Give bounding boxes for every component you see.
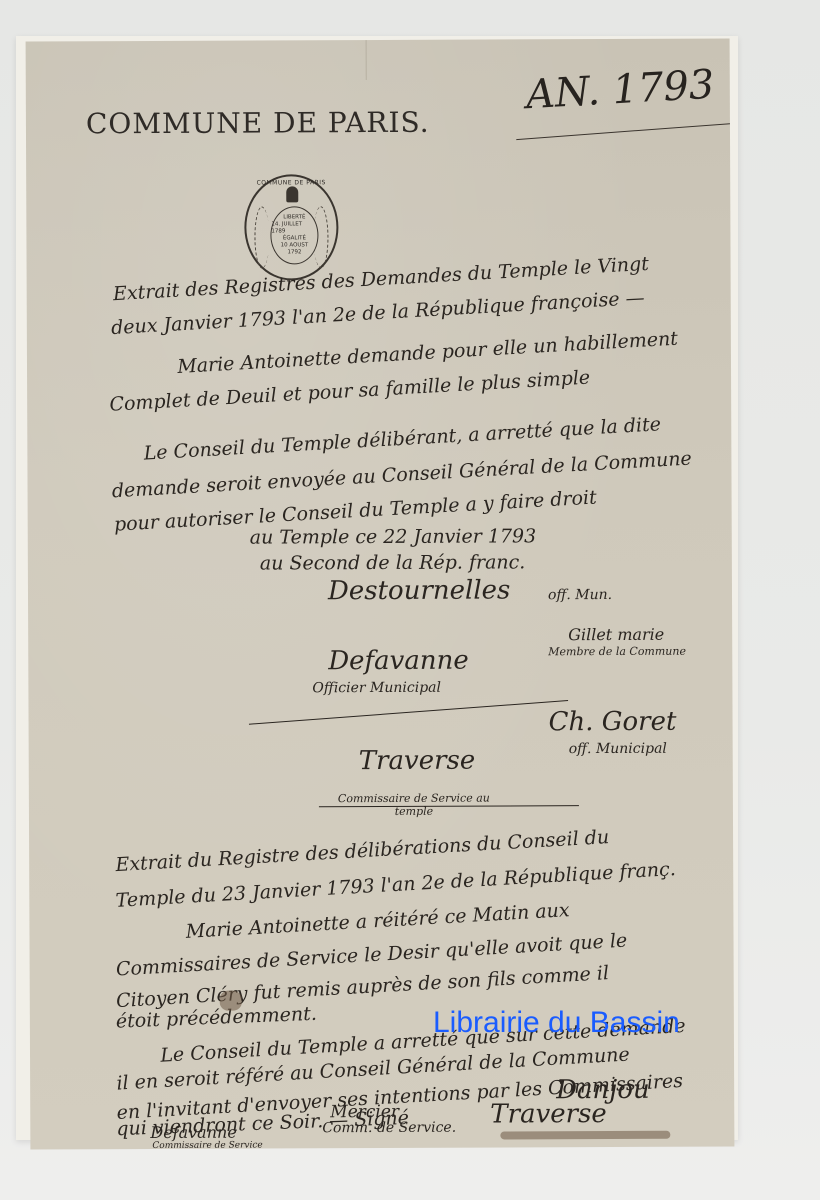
signature-title: Comm. de Service. [322,1120,456,1137]
signature-title: off. Mun. [548,587,612,603]
seal-line: 10 AOUST [281,242,309,249]
signature-title: off. Municipal [569,741,667,757]
signature-traverse: Traverse [359,746,476,777]
extract1-line: Marie Antoinette demande pour elle un ha… [177,328,679,378]
printed-header: COMMUNE DE PARIS. [86,106,430,140]
fold-mark [366,40,367,80]
signature-title: Officier Municipal [312,680,441,697]
seal-line: 14. JUILLET 1789 [271,221,317,235]
signature-defavanne: Defavanne [328,646,469,677]
seal-center: LIBERTÉ 14. JUILLET 1789 ÉGALITÉ 10 AOUS… [270,206,318,264]
watermark-text: Librairie du Bassin [433,1006,680,1040]
year-underline [516,123,734,140]
ink-smudge [500,1131,670,1140]
phrygian-cap-icon [286,186,298,202]
ink-stain [220,991,242,1011]
dateline: au Temple ce 22 Janvier 1793 [250,525,537,548]
signature-traverse-2: Traverse [490,1099,607,1130]
commune-seal-stamp: COMMUNE DE PARIS LIBERTÉ 14. JUILLET 178… [244,174,338,280]
signature-goret: Ch. Goret [548,707,676,738]
seal-line: 1792 [287,249,301,256]
laurel-left-icon [254,206,269,268]
signature-destournelles: Destournelles [328,575,510,606]
signature-title: Membre de la Commune [548,645,686,659]
manuscript-sheet: COMMUNE DE PARIS. AN. 1793 COMMUNE DE PA… [26,38,735,1149]
signature-defavanne-2: Defavanne [150,1123,237,1142]
signature-title: Commissaire de Service [152,1141,262,1150]
dateline: au Second de la Rép. franc. [260,551,526,574]
signature-gillet-marie: Gillet marie [568,625,664,644]
year-annotation: AN. 1793 [525,62,716,119]
signature-flourish [249,700,568,725]
